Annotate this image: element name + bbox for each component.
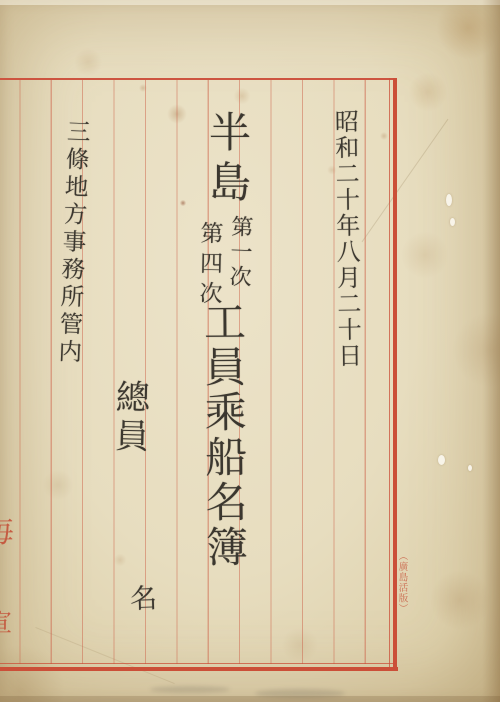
batch-annotation-first: 第一次 xyxy=(227,215,252,291)
pencil-smudge xyxy=(255,689,345,698)
title-column-top: 半島 xyxy=(206,110,248,210)
paper-damage-speck xyxy=(450,218,455,226)
frame-top-rule xyxy=(0,78,397,80)
frame-bottom-outer-line xyxy=(0,667,398,672)
paper-edge-bottom xyxy=(0,696,500,702)
total-count-label: 總員 xyxy=(111,379,147,458)
printer-mark: （廣島活版） xyxy=(397,551,407,614)
batch-annotation-second: 第四次 xyxy=(196,221,221,311)
paper-damage-speck xyxy=(446,194,452,206)
left-edge-stamp-upper: 毎 xyxy=(0,518,14,548)
frame-right-inner-line xyxy=(389,78,390,668)
paper-edge-right xyxy=(482,0,500,702)
date-column: 昭和二十年八月二十日 xyxy=(332,109,360,369)
pencil-smudge xyxy=(150,686,230,693)
total-count-unit: 名 xyxy=(127,584,155,612)
paper-damage-speck xyxy=(468,465,472,471)
title-column-bottom: 工員乘船名簿 xyxy=(201,300,245,570)
document-scan: 昭和二十年八月二十日 半島 第一次 第四次 工員乘船名簿 三條地方事務所管内 總… xyxy=(0,0,500,702)
paper-damage-speck xyxy=(438,455,445,465)
left-edge-stamp-lower: 宣 xyxy=(0,610,12,635)
frame-bottom-inner-line xyxy=(0,663,394,664)
paper-edge-top xyxy=(0,0,500,5)
